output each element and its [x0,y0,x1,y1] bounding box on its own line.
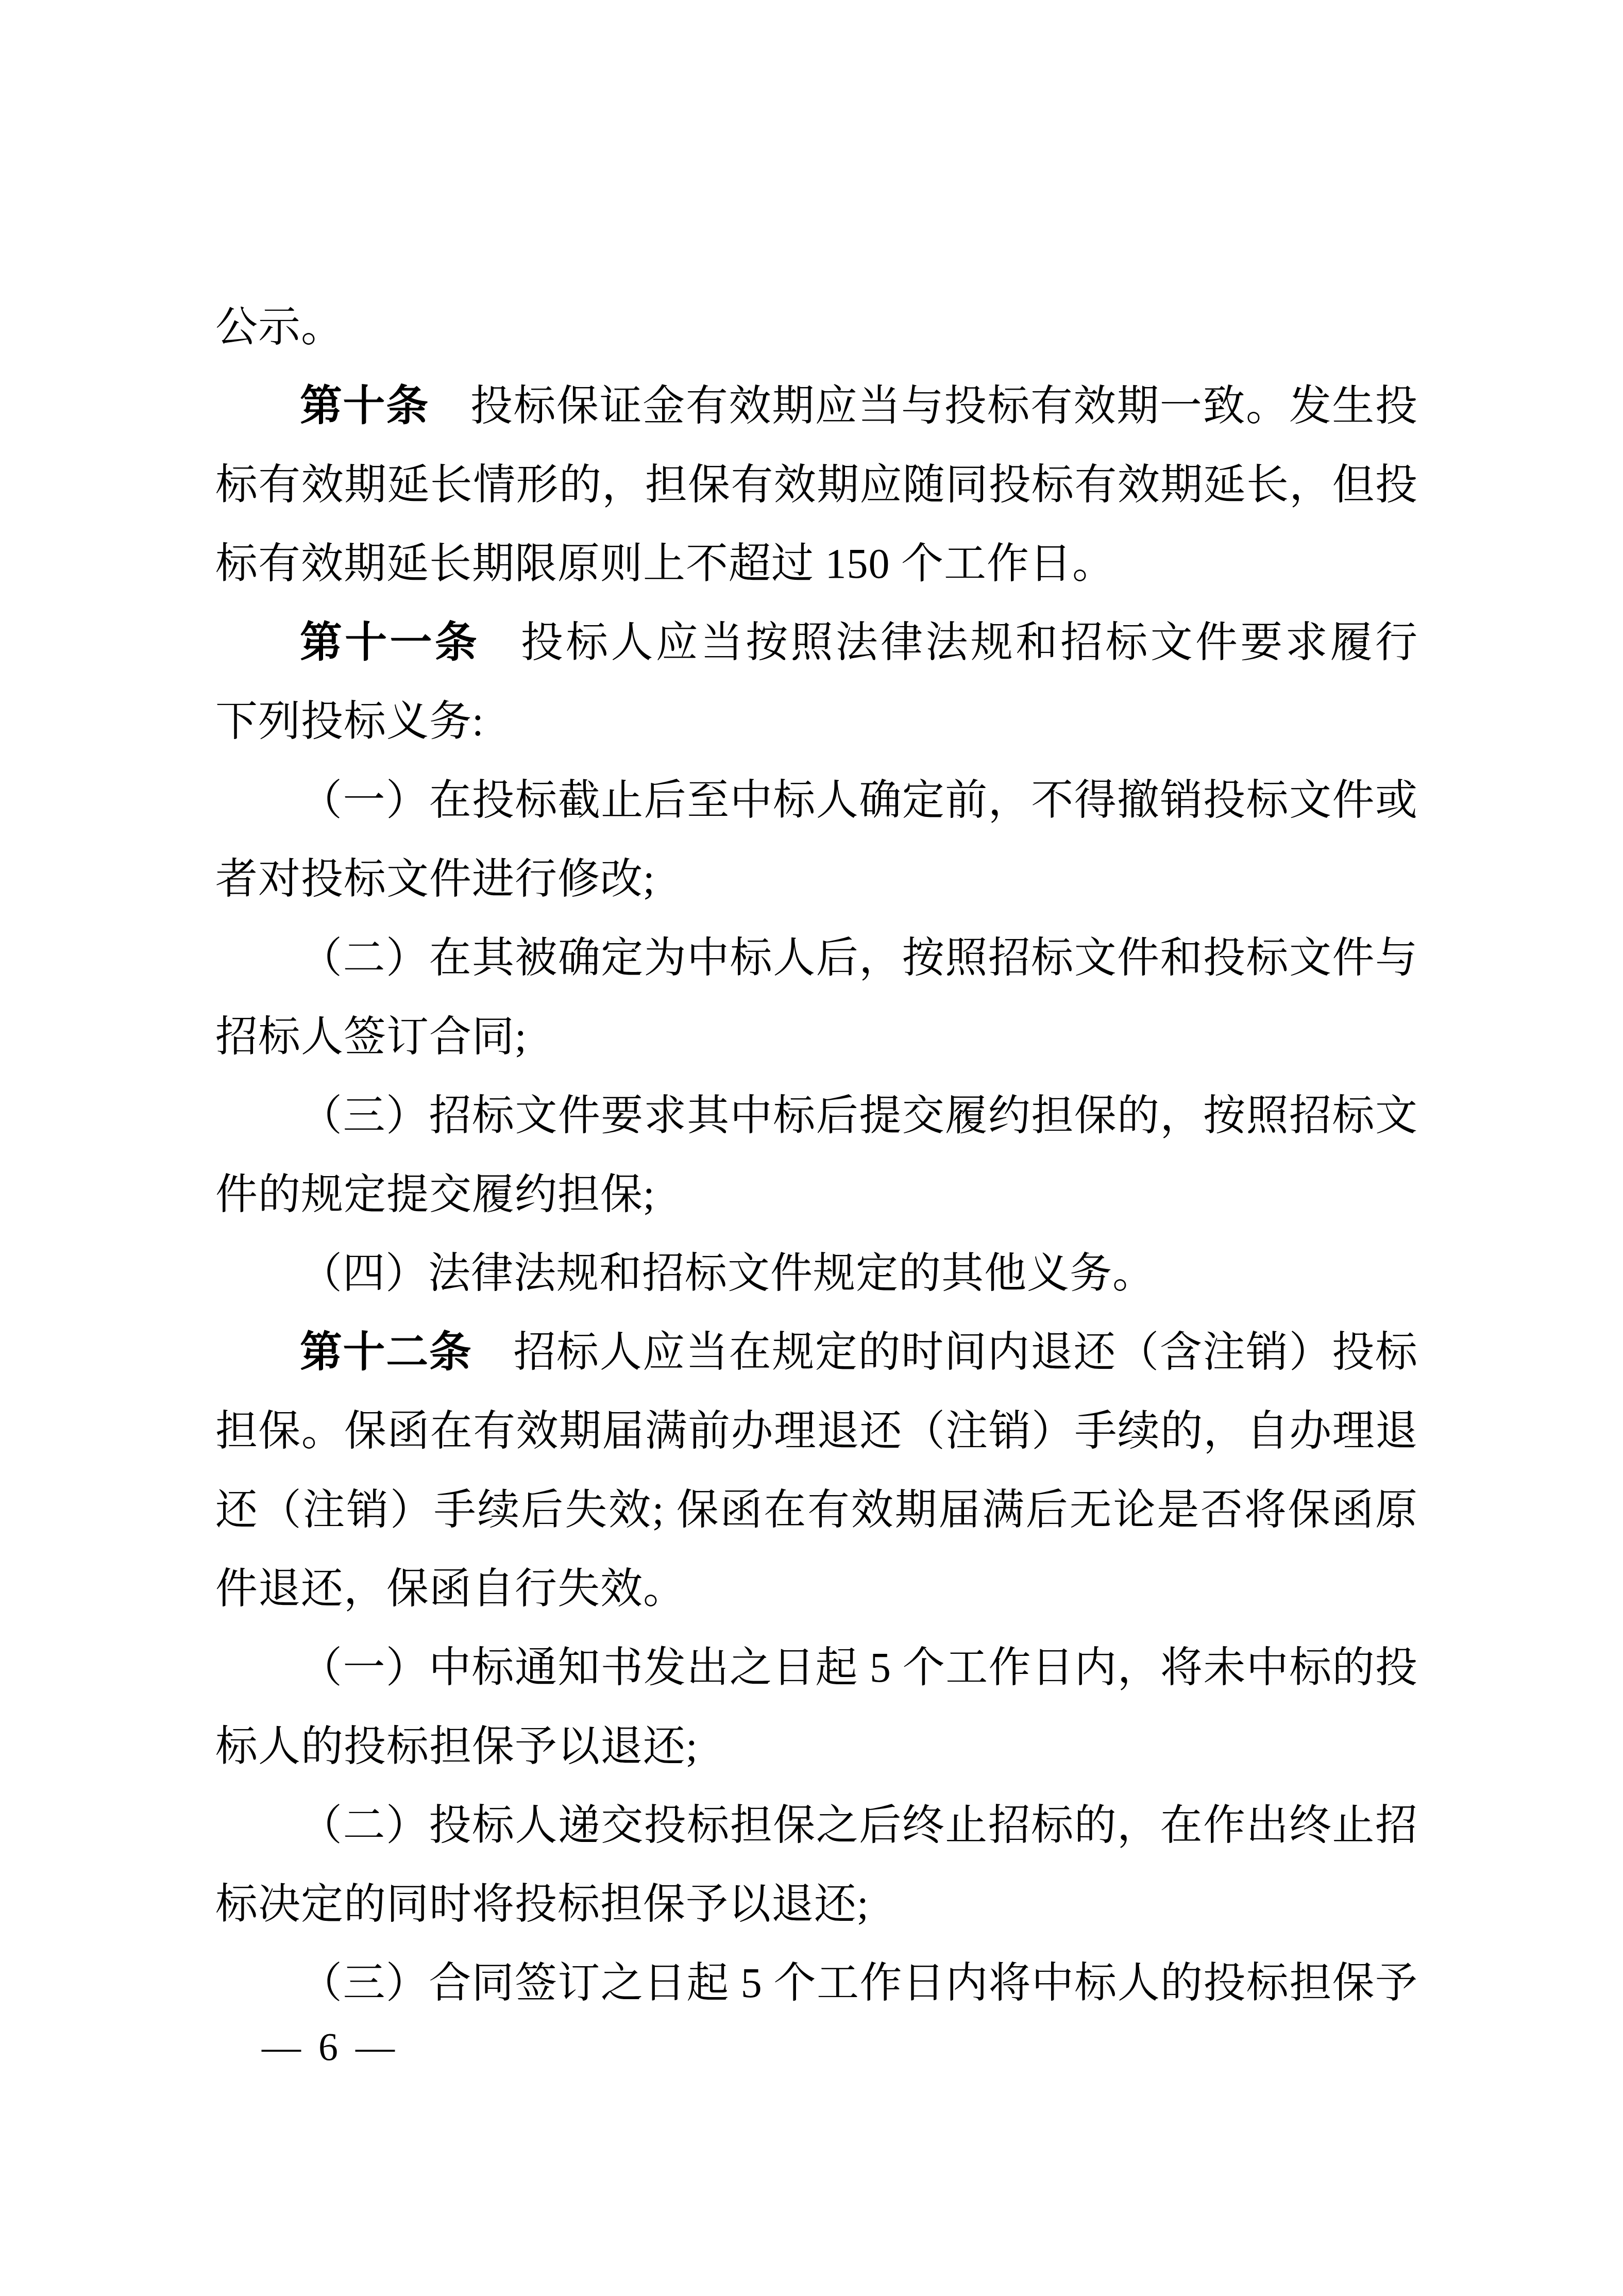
line-text: 件退还，保函自行失效。 [215,1565,686,1612]
line-text: （一）中标通知书发出之日起 5 个工作日内，将未中标的投 [300,1644,1418,1691]
text-line-13: （四）法律法规和招标文件规定的其他义务。 [215,1234,1418,1313]
text-line-8: 者对投标文件进行修改; [215,840,1418,918]
line-text: 公示。 [215,304,344,350]
footer-dash-right: — [356,2025,395,2069]
text-line-5: 第十一条投标人应当按照法律法规和招标文件要求履行 [215,603,1418,682]
text-line-20: （二）投标人递交投标担保之后终止招标的，在作出终止招 [215,1786,1418,1865]
text-line-3: 标有效期延长情形的，担保有效期应随同投标有效期延长，但投 [215,445,1418,524]
document-text-block: 公示。 第十条投标保证金有效期应当与投标有效期一致。发生投 标有效期延长情形的，… [215,288,1418,2022]
text-line-22: （三）合同签订之日起 5 个工作日内将中标人的投标担保予 [215,1943,1418,2022]
text-line-4: 标有效期延长期限原则上不超过 150 个工作日。 [215,524,1418,603]
text-line-10: 招标人签订合同; [215,997,1418,1076]
text-line-14: 第十二条招标人应当在规定的时间内退还（含注销）投标 [215,1313,1418,1392]
document-page: 公示。 第十条投标保证金有效期应当与投标有效期一致。发生投 标有效期延长情形的，… [0,0,1623,2296]
line-text: （二）在其被确定为中标人后，按照招标文件和投标文件与 [300,934,1418,981]
line-text: （三）合同签订之日起 5 个工作日内将中标人的投标担保予 [300,1959,1418,2006]
article-number-10: 第十条 [300,382,429,429]
text-line-15: 担保。保函在有效期届满前办理退还（注销）手续的，自办理退 [215,1392,1418,1470]
page-number-footer: —6— [262,2016,395,2078]
article-number-12: 第十二条 [300,1329,472,1376]
line-text: 标人的投标担保予以退还; [215,1723,698,1770]
text-line-11: （三）招标文件要求其中标后提交履约担保的，按照招标文 [215,1076,1418,1155]
line-text: 投标保证金有效期应当与投标有效期一致。发生投 [470,382,1418,429]
line-text: 还（注销）手续后失效; 保函在有效期届满后无论是否将保函原 [215,1486,1418,1533]
footer-dash-left: — [262,2025,301,2069]
text-line-18: （一）中标通知书发出之日起 5 个工作日内，将未中标的投 [215,1628,1418,1707]
line-text: 招标人应当在规定的时间内退还（含注销）投标 [514,1329,1418,1376]
text-line-21: 标决定的同时将投标担保予以退还; [215,1865,1418,1943]
text-line-2: 第十条投标保证金有效期应当与投标有效期一致。发生投 [215,366,1418,445]
line-text: 者对投标文件进行修改; [215,856,655,902]
text-line-9: （二）在其被确定为中标人后，按照招标文件和投标文件与 [215,918,1418,997]
line-text: 担保。保函在有效期届满前办理退还（注销）手续的，自办理退 [215,1407,1418,1454]
text-line-16: 还（注销）手续后失效; 保函在有效期届满后无论是否将保函原 [215,1470,1418,1549]
text-line-1: 公示。 [215,288,1418,366]
line-text: （三）招标文件要求其中标后提交履约担保的，按照招标文 [300,1092,1418,1139]
line-text: （一）在投标截止后至中标人确定前，不得撤销投标文件或 [300,777,1418,824]
text-line-17: 件退还，保函自行失效。 [215,1549,1418,1628]
text-line-6: 下列投标义务: [215,682,1418,761]
page-number: 6 [318,2025,338,2069]
text-line-7: （一）在投标截止后至中标人确定前，不得撤销投标文件或 [215,761,1418,840]
line-text: （二）投标人递交投标担保之后终止招标的，在作出终止招 [300,1802,1418,1849]
text-line-19: 标人的投标担保予以退还; [215,1707,1418,1786]
text-line-12: 件的规定提交履约担保; [215,1155,1418,1234]
line-text: 标决定的同时将投标担保予以退还; [215,1881,869,1928]
line-text: 标有效期延长情形的，担保有效期应随同投标有效期延长，但投 [215,461,1418,508]
line-text: 下列投标义务: [215,698,484,745]
line-text: 件的规定提交履约担保; [215,1171,655,1218]
article-number-11: 第十一条 [300,619,480,666]
line-text: 投标人应当按照法律法规和招标文件要求履行 [521,619,1418,666]
line-text: （四）法律法规和招标文件规定的其他义务。 [300,1250,1155,1297]
line-text: 标有效期延长期限原则上不超过 150 个工作日。 [215,540,1115,587]
line-text: 招标人签订合同; [215,1013,527,1060]
